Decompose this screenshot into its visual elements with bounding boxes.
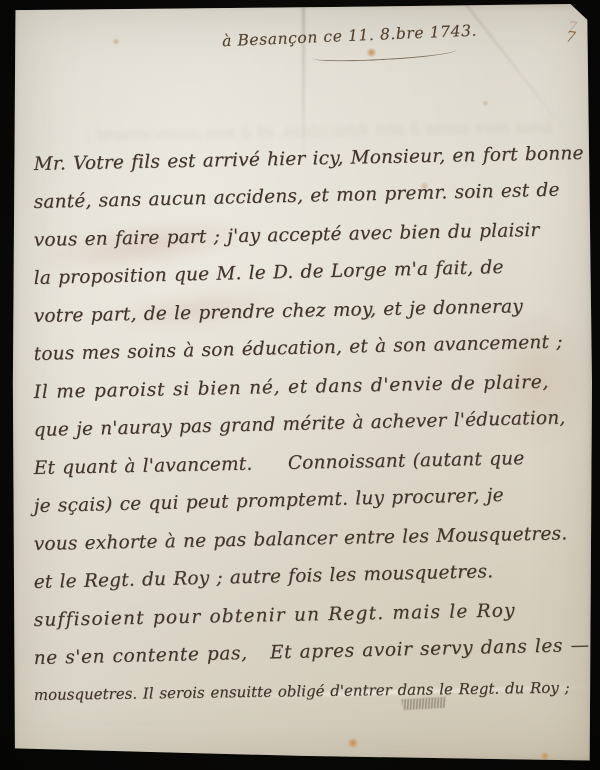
foxing-spot — [112, 38, 120, 45]
letter-body: Mr. Votre fils est arrivé hier icy, Mons… — [34, 154, 582, 724]
manuscript-line-15: mousquetres. Il serois ensuitte obligé d… — [34, 678, 582, 724]
ink-strikethrough-scribble — [402, 697, 447, 710]
foxing-spot — [482, 100, 489, 106]
photograph-background: tous mes soins à son éducation, et à son… — [0, 0, 600, 770]
foxing-spot — [347, 738, 359, 748]
dateline-underline-flourish — [312, 46, 457, 63]
page-number-mark: 7 — [565, 27, 577, 46]
foxing-spot — [540, 752, 550, 760]
dateline: à Besançon ce 11. 8.bre 1743. — [222, 20, 522, 51]
letter-paper: tous mes soins à son éducation, et à son… — [12, 4, 592, 762]
